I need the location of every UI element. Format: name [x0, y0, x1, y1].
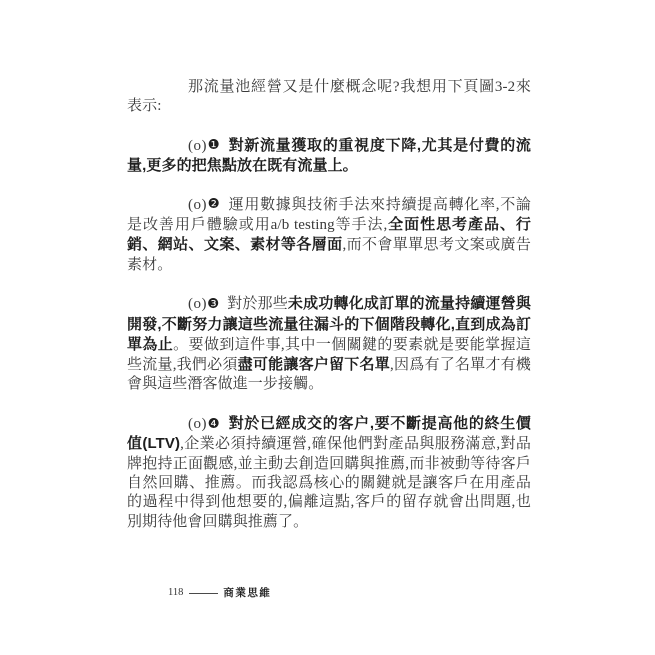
text-run: 對於那些 [227, 296, 288, 312]
circled-number-bullet: ❶ [207, 137, 220, 153]
circled-number-bullet: ❷ [207, 196, 220, 212]
page-footer: 118 商業思維 [168, 585, 271, 600]
footer-rule [189, 593, 218, 594]
page-number: 118 [168, 587, 183, 598]
list-marker: (o) [188, 296, 207, 312]
list-marker: (o) [188, 416, 207, 432]
numbered-paragraph-4: (o)❹ 對於已經成交的客户,要不斷提高他的終生價值(LTV),企業必須持續運營… [127, 414, 531, 532]
list-marker: (o) [188, 138, 207, 154]
numbered-paragraph-3: (o)❸ 對於那些未成功轉化成訂單的流量持續運營與開發,不斷努力讓這些流量往漏斗… [127, 294, 531, 394]
text-run: ,企業必須持續運營,確保他們對產品與服務滿意,對品牌抱持正面觀感,並主動去創造回… [127, 436, 531, 529]
emphasis-text-run: 盡可能讓客户留下名單 [238, 356, 390, 373]
intro-paragraph: 那流量池經營又是什麼概念呢?我想用下頁圖3-2來表示: [127, 78, 531, 117]
page-text-block: 那流量池經營又是什麼概念呢?我想用下頁圖3-2來表示: (o)❶ 對新流量獲取的… [127, 78, 531, 551]
numbered-paragraph-2: (o)❷ 運用數據與技術手法來持續提高轉化率,不論是改善用戶體驗或用a/b te… [127, 196, 531, 275]
book-title: 商業思維 [223, 585, 271, 600]
circled-number-bullet: ❸ [207, 296, 219, 312]
numbered-paragraph-1: (o)❶ 對新流量獲取的重視度下降,尤其是付費的流量,更多的把焦點放在既有流量上… [127, 136, 531, 177]
circled-number-bullet: ❹ [207, 416, 220, 432]
list-marker: (o) [188, 197, 207, 213]
